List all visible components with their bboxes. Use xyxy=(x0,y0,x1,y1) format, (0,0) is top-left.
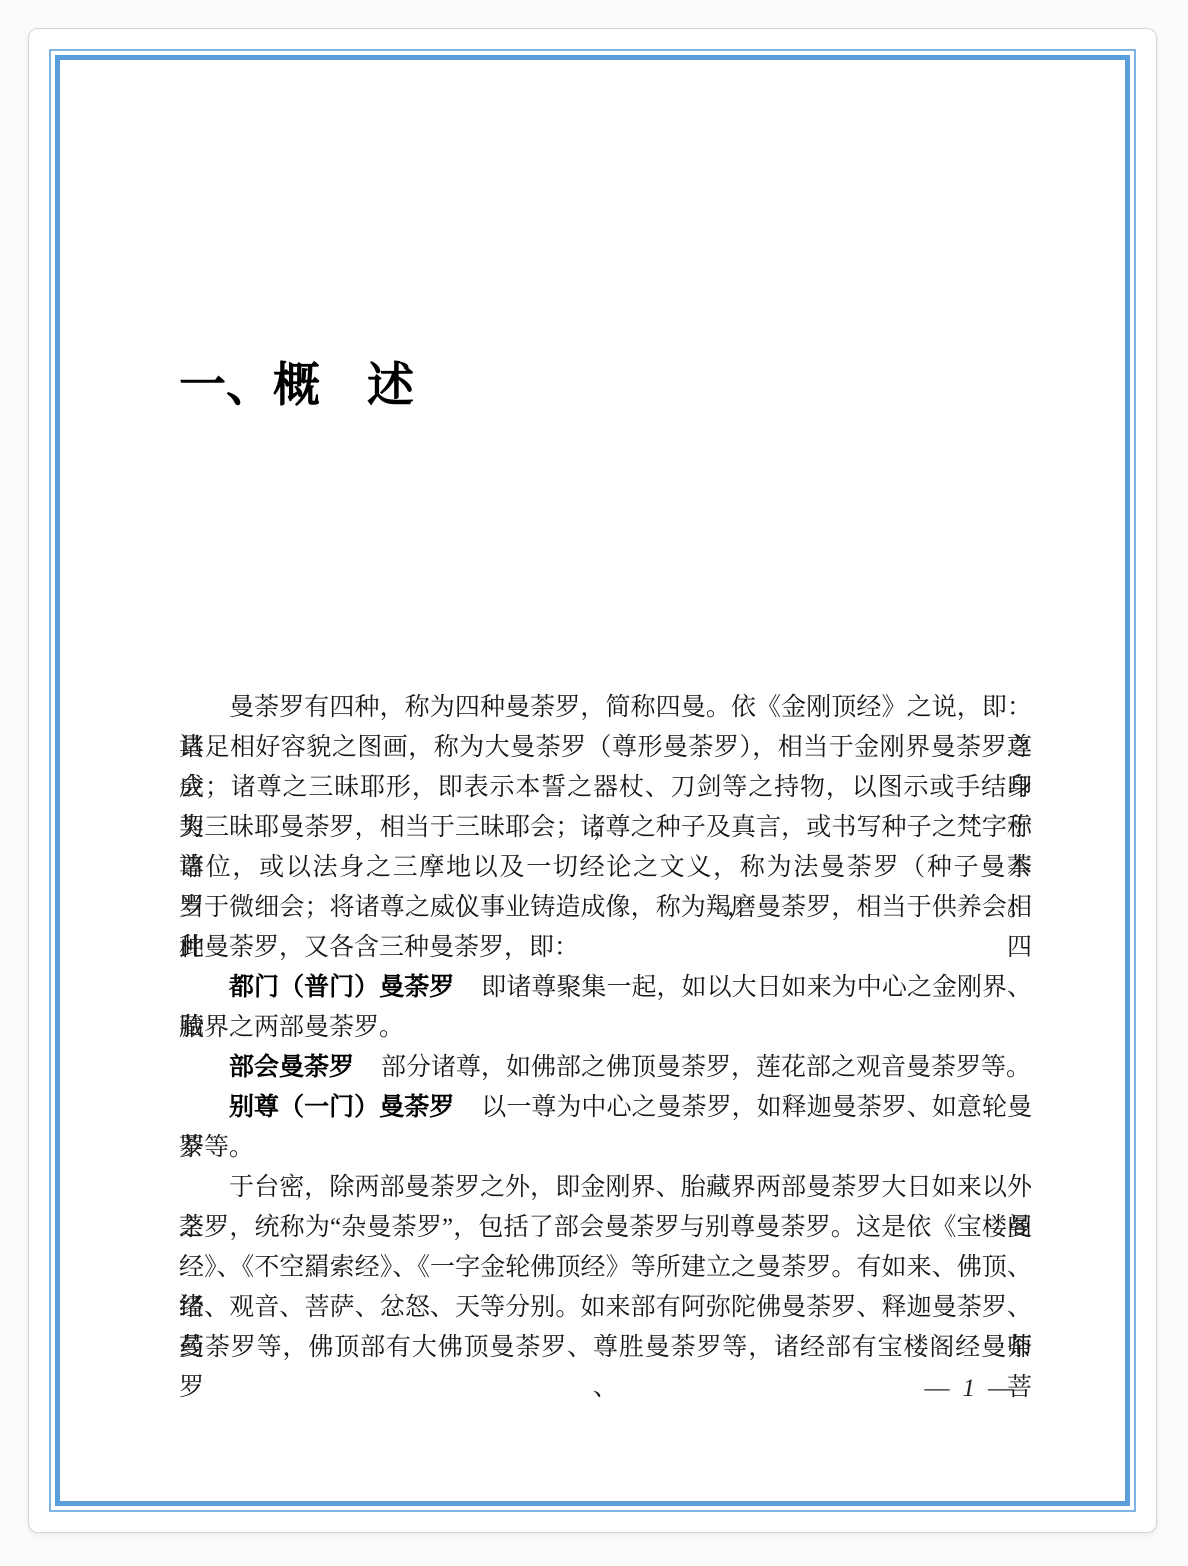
body-text: 曼荼罗有四种，称为四种曼荼罗，简称四曼。依《金刚顶经》之说，即：诸尊 具足相好容… xyxy=(179,687,1032,1367)
text-line: 罗等。 xyxy=(179,1127,1032,1167)
page-number-right-dash: — xyxy=(988,1375,1013,1402)
text-line: 都门（普门）曼荼罗即诸尊聚集一起，如以大日如来为中心之金刚界、胎 xyxy=(179,967,1032,1007)
text-line: 曼荼罗有四种，称为四种曼荼罗，简称四曼。依《金刚顶经》之说，即：诸尊 xyxy=(179,687,1032,727)
line-text: 部分诸尊，如佛部之佛顶曼荼罗，莲花部之观音曼荼罗等。 xyxy=(381,1054,1031,1081)
page-number-left-dash: — xyxy=(925,1375,950,1402)
text-line: 部会曼荼罗部分诸尊，如佛部之佛顶曼荼罗，莲花部之观音曼荼罗等。 xyxy=(179,1047,1032,1087)
line-text: 罗等。 xyxy=(179,1134,254,1161)
run-in-heading: 别尊（一门）曼荼罗 xyxy=(229,1092,454,1121)
page-number: —1— xyxy=(179,1375,1013,1403)
section-title: 一、概 述 xyxy=(179,360,414,412)
text-line: 当于微细会；将诸尊之威仪事业铸造成像，称为羯磨曼荼罗，相当于供养会。此四 xyxy=(179,887,1032,927)
line-text: 藏界之两部曼荼罗。 xyxy=(179,1014,404,1041)
run-in-heading: 都门（普门）曼荼罗 xyxy=(229,972,454,1001)
line-text: 荼罗，统称为“杂曼荼罗”，包括了部会曼荼罗与别尊曼荼罗。这是依《宝楼阁 xyxy=(179,1214,1032,1241)
text-line: 具足相好容貌之图画，称为大曼荼罗（尊形曼荼罗），相当于金刚界曼荼罗之成身 xyxy=(179,727,1032,767)
text-line: 经、观音、菩萨、忿怒、天等分别。如来部有阿弥陀佛曼荼罗、释迦曼荼罗、药师 xyxy=(179,1287,1032,1327)
page-number-value: 1 xyxy=(963,1375,976,1402)
run-in-heading: 部会曼荼罗 xyxy=(229,1052,354,1081)
text-line: 为三昧耶曼荼罗，相当于三昧耶会；诸尊之种子及真言，或书写种子之梵字于诸本 xyxy=(179,807,1032,847)
text-line: 经》、《不空羂索经》、《一字金轮佛顶经》等所建立之曼荼罗。有如来、佛顶、诸 xyxy=(179,1247,1032,1287)
text-line: 荼罗，统称为“杂曼荼罗”，包括了部会曼荼罗与别尊曼荼罗。这是依《宝楼阁 xyxy=(179,1207,1032,1247)
text-line: 于台密，除两部曼荼罗之外，即金刚界、胎藏界两部曼荼罗大日如来以外之曼 xyxy=(179,1167,1032,1207)
line-text: 种曼荼罗，又各含三种曼荼罗，即： xyxy=(179,934,579,961)
text-line: 藏界之两部曼荼罗。 xyxy=(179,1007,1032,1047)
text-line: 曼荼罗等，佛顶部有大佛顶曼荼罗、尊胜曼荼罗等，诸经部有宝楼阁经曼荼罗、菩 xyxy=(179,1327,1032,1367)
page: 一、概 述 曼荼罗有四种，称为四种曼荼罗，简称四曼。依《金刚顶经》之说，即：诸尊… xyxy=(28,28,1157,1533)
text-line: 会；诸尊之三昧耶形，即表示本誓之器杖、刀剑等之持物，以图示或手结印契，称 xyxy=(179,767,1032,807)
text-line: 别尊（一门）曼荼罗以一尊为中心之曼荼罗，如释迦曼荼罗、如意轮曼荼 xyxy=(179,1087,1032,1127)
text-line: 尊位，或以法身之三摩地以及一切经论之文义，称为法曼荼罗（种子曼荼罗），相 xyxy=(179,847,1032,887)
